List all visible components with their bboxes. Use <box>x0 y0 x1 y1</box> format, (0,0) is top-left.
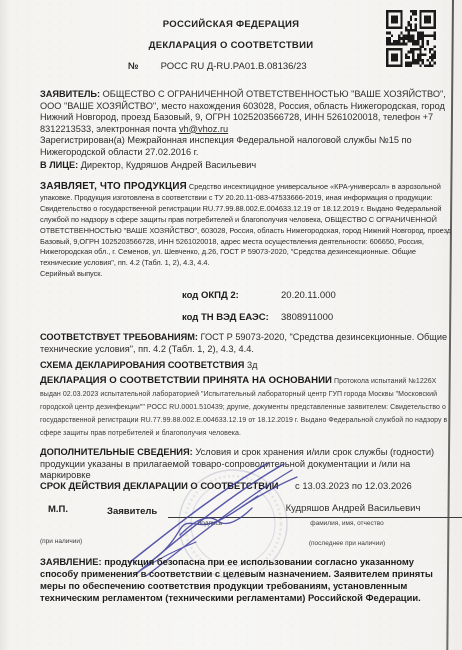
document-number: РОСС RU Д-RU.РА01.В.08136/23 <box>161 61 307 72</box>
country-title: РОССИЙСКАЯ ФЕДЕРАЦИЯ <box>0 19 462 30</box>
okpd-value: 20.20.11.000 <box>281 290 336 301</box>
signature-caption: подпись <box>168 520 252 527</box>
okpd-label: код ОКПД 2: <box>182 290 239 301</box>
product-paragraph: ЗАЯВЛЯЕТ, ЧТО ПРОДУКЦИЯ Средство инсекти… <box>40 182 452 280</box>
document-title: ДЕКЛАРАЦИЯ О СООТВЕТСТВИИ <box>0 40 462 51</box>
number-sign: № <box>128 61 139 72</box>
email-link: vh@vhoz.ru <box>179 124 228 134</box>
in-person-row: В ЛИЦЕ: Директор, Кудряшов Андрей Василь… <box>40 160 452 172</box>
validity-dates: с 13.03.2023 по 12.03.2026 <box>295 480 412 491</box>
applicant-paragraph: ЗАЯВИТЕЛЬ: ОБЩЕСТВО С ОГРАНИЧЕННОЙ ОТВЕТ… <box>40 89 452 158</box>
name-line <box>252 517 462 518</box>
basis-label: ДЕКЛАРАЦИЯ О СООТВЕТСТВИИ ПРИНЯТА НА ОСН… <box>40 375 332 386</box>
requirements-label: СООТВЕТСТВУЕТ ТРЕБОВАНИЯМ: <box>40 332 198 342</box>
tnved-label: код ТН ВЭД ЕАЭС: <box>182 312 269 323</box>
applicant-label: ЗАЯВИТЕЛЬ: <box>40 89 100 99</box>
document-number-row: №РОСС RU Д-RU.РА01.В.08136/23 <box>128 61 307 72</box>
in-person-label: В ЛИЦЕ: <box>40 160 78 170</box>
mp-label: М.П. <box>48 504 68 515</box>
additional-paragraph: ДОПОЛНИТЕЛЬНЫЕ СВЕДЕНИЯ: Условия и срок … <box>40 447 452 482</box>
requirements-paragraph: СООТВЕТСТВУЕТ ТРЕБОВАНИЯМ: ГОСТ Р 59073-… <box>40 332 452 355</box>
scheme-row: СХЕМА ДЕКЛАРИРОВАНИЯ СООТВЕТСТВИЯ 3д <box>40 360 452 372</box>
statement-label: ЗАЯВЛЕНИЕ: <box>40 556 102 567</box>
scheme-value: 3д <box>247 360 257 370</box>
name-caption-2: (последнее при наличии) <box>252 540 442 547</box>
basis-paragraph: ДЕКЛАРАЦИЯ О СООТВЕТСТВИИ ПРИНЯТА НА ОСН… <box>40 374 452 440</box>
statement-paragraph: ЗАЯВЛЕНИЕ: продукция безопасна при ее ис… <box>40 556 452 604</box>
name-caption: фамилия, имя, отчество <box>252 520 442 527</box>
serial-issue: Серийный выпуск. <box>40 269 102 278</box>
product-text: Средство инсектицидное универсальное «КР… <box>40 182 451 267</box>
tnved-value: 3808911000 <box>281 312 333 323</box>
validity-label: СРОК ДЕЙСТВИЯ ДЕКЛАРАЦИИ О СООТВЕТСТВИИ <box>40 480 278 491</box>
additional-label: ДОПОЛНИТЕЛЬНЫЕ СВЕДЕНИЯ: <box>40 447 193 457</box>
basis-text: Протокола испытаний №1226Х выдан 02.03.2… <box>40 378 447 437</box>
signature-line <box>168 517 252 518</box>
product-label: ЗАЯВЛЯЕТ, ЧТО ПРОДУКЦИЯ <box>40 181 187 192</box>
signatory-name: Кудряшов Андрей Васильевич <box>253 503 453 514</box>
validity-row: СРОК ДЕЙСТВИЯ ДЕКЛАРАЦИИ О СООТВЕТСТВИИ … <box>40 480 452 492</box>
in-person-text: Директор, Кудряшов Андрей Васильевич <box>81 160 257 170</box>
scheme-label: СХЕМА ДЕКЛАРИРОВАНИЯ СООТВЕТСТВИЯ <box>40 360 244 370</box>
applicant-text: ОБЩЕСТВО С ОГРАНИЧЕННОЙ ОТВЕТСТВЕННОСТЬЮ… <box>40 89 446 134</box>
declaration-document: РОССИЙСКАЯ ФЕДЕРАЦИЯ ДЕКЛАРАЦИЯ О СООТВЕ… <box>0 0 462 650</box>
applicant-registration: Зарегистрирован(а) Межрайонная инспекция… <box>40 135 412 157</box>
mp-caption: (при наличии) <box>40 538 100 545</box>
applicant-role-label: Заявитель <box>107 506 157 517</box>
